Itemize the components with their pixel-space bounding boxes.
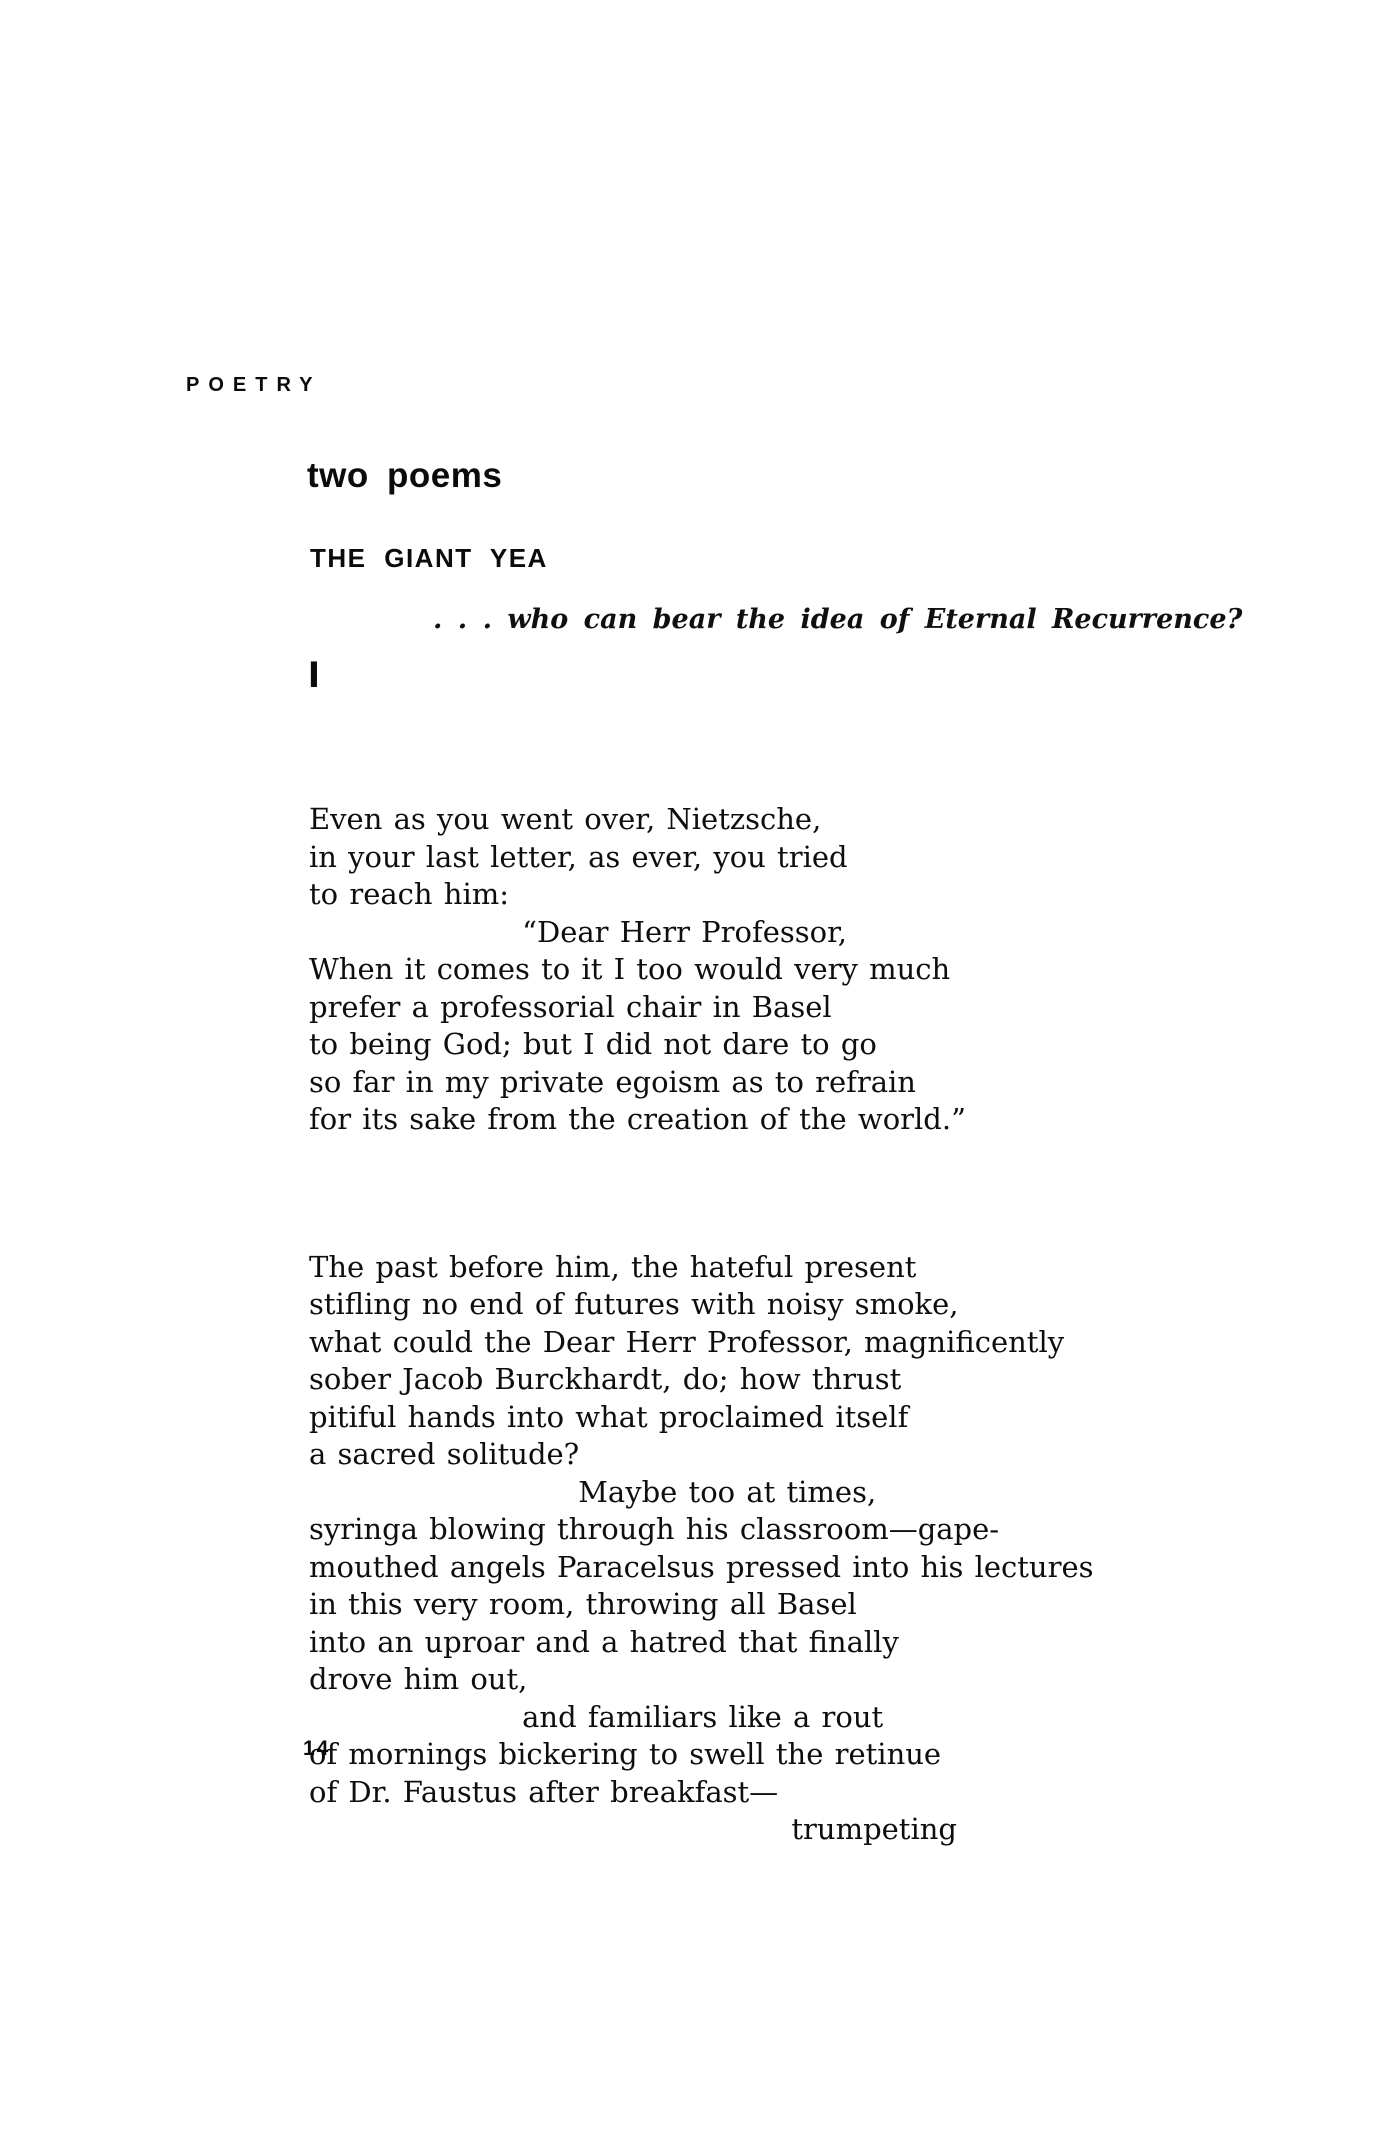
stanza: Even as you went over, Nietzsche, in you… bbox=[309, 801, 1094, 1139]
epigraph: . . . who can bear the idea of Eternal R… bbox=[433, 604, 1242, 635]
poem-body: Even as you went over, Nietzsche, in you… bbox=[309, 726, 1094, 1924]
page-number: 14 bbox=[303, 1737, 330, 1761]
poem-title: THE GIANT YEA bbox=[310, 543, 548, 574]
section-numeral: I bbox=[308, 654, 320, 696]
page-title: two poems bbox=[307, 456, 502, 496]
stanza: The past before him, the hateful present… bbox=[309, 1249, 1094, 1849]
poetry-page: POETRY two poems THE GIANT YEA . . . who… bbox=[0, 0, 1400, 2154]
running-head-section-label: POETRY bbox=[186, 374, 322, 397]
